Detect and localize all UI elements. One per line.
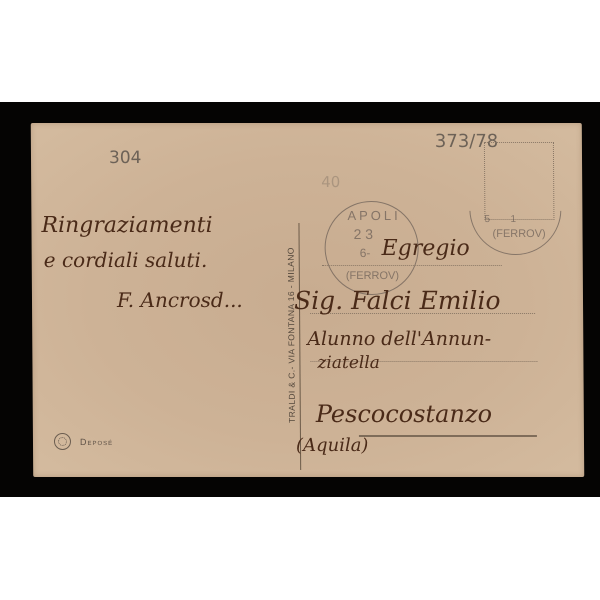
address-line-school-cont: ziatella [317, 353, 380, 373]
address-line-school: Alunno dell'Annun- [307, 328, 491, 350]
pencil-inventory-number: 304 [109, 148, 142, 168]
pencil-faint-number: 40 [321, 173, 340, 191]
signature: F. Ancrosd... [117, 288, 243, 312]
postcard: 304 373/78 40 Ringraziamenti e cordiali … [31, 123, 584, 477]
depose-mark: Deposé [80, 437, 113, 447]
message-line-2: e cordiali saluti. [44, 248, 208, 272]
message-line-1: Ringraziamenti [41, 213, 212, 238]
rosette-emblem-icon [54, 433, 71, 450]
printer-imprint: TRALDI & C.- VIA FONTANA 16 - MILANO [286, 247, 297, 423]
address-city: Pescocostanzo [316, 400, 492, 428]
address-line-1 [322, 265, 502, 266]
stamp-placeholder-box [484, 142, 555, 220]
address-name: Sig. Falci Emilio [294, 286, 501, 315]
address-province: (Aquila) [296, 435, 369, 456]
address-salutation: Egregio [382, 236, 470, 261]
center-divider-line [298, 223, 301, 470]
city-underline [359, 435, 537, 437]
